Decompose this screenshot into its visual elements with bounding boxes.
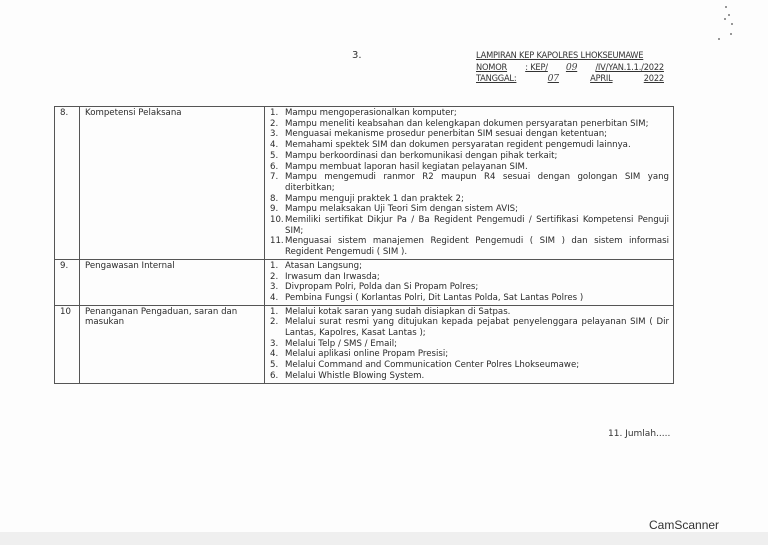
item-text: Melalui kotak saran yang sudah disiapkan… bbox=[285, 307, 669, 318]
item-number: 4. bbox=[270, 349, 285, 360]
item-list: 1.Mampu mengoperasionalkan komputer;2.Ma… bbox=[270, 108, 669, 258]
bottom-strip bbox=[0, 532, 768, 545]
list-item: 7.Mampu mengemudi ranmor R2 maupun R4 se… bbox=[270, 172, 669, 193]
header-tanggal: TANGGAL: 07 APRIL 2022 bbox=[476, 73, 664, 85]
item-number: 9. bbox=[270, 204, 285, 215]
item-number: 11. bbox=[270, 236, 285, 257]
list-item: 1.Mampu mengoperasionalkan komputer; bbox=[270, 108, 669, 119]
item-text: Melalui Whistle Blowing System. bbox=[285, 371, 669, 382]
list-item: 4.Memahami spektek SIM dan dokumen persy… bbox=[270, 140, 669, 151]
tanggal-day-handwritten: 07 bbox=[548, 73, 559, 85]
item-number: 3. bbox=[270, 282, 285, 293]
competency-table: 8.Kompetensi Pelaksana1.Mampu mengoperas… bbox=[54, 106, 674, 384]
item-text: Melalui surat resmi yang ditujukan kepad… bbox=[285, 317, 669, 338]
item-text: Divpropam Polri, Polda dan Si Propam Pol… bbox=[285, 282, 669, 293]
row-label: Pengawasan Internal bbox=[80, 259, 265, 305]
list-item: 8.Mampu menguji praktek 1 dan praktek 2; bbox=[270, 194, 669, 205]
header-title: LAMPIRAN KEP KAPOLRES LHOKSEUMAWE bbox=[476, 50, 664, 62]
header-nomor: NOMOR : KEP/ 09 /IV/YAN.1.1./2022 bbox=[476, 62, 664, 74]
list-item: 3.Menguasai mekanisme prosedur penerbita… bbox=[270, 129, 669, 140]
scan-specks bbox=[715, 3, 745, 43]
item-number: 1. bbox=[270, 261, 285, 272]
item-list: 1.Melalui kotak saran yang sudah disiapk… bbox=[270, 307, 669, 382]
item-number: 2. bbox=[270, 317, 285, 338]
table-row: 9.Pengawasan Internal1.Atasan Langsung;2… bbox=[55, 259, 674, 305]
list-item: 1.Melalui kotak saran yang sudah disiapk… bbox=[270, 307, 669, 318]
list-item: 6.Mampu membuat laporan hasil kegiatan p… bbox=[270, 162, 669, 173]
item-number: 5. bbox=[270, 360, 285, 371]
item-text: Mampu membuat laporan hasil kegiatan pel… bbox=[285, 162, 669, 173]
row-items: 1.Melalui kotak saran yang sudah disiapk… bbox=[265, 305, 674, 383]
list-item: 3.Melalui Telp / SMS / Email; bbox=[270, 339, 669, 350]
row-number: 9. bbox=[55, 259, 80, 305]
list-item: 4.Melalui aplikasi online Propam Presisi… bbox=[270, 349, 669, 360]
item-text: Pembina Fungsi ( Korlantas Polri, Dit La… bbox=[285, 293, 669, 304]
item-text: Mampu melaksakan Uji Teori Sim dengan si… bbox=[285, 204, 669, 215]
item-text: Mampu mengemudi ranmor R2 maupun R4 sesu… bbox=[285, 172, 669, 193]
page-number: 3. bbox=[352, 50, 362, 61]
nomor-label: NOMOR bbox=[476, 62, 507, 74]
item-number: 2. bbox=[270, 119, 285, 130]
row-label: Penanganan Pengaduan, saran dan masukan bbox=[80, 305, 265, 383]
item-text: Menguasai mekanisme prosedur penerbitan … bbox=[285, 129, 669, 140]
item-text: Melalui Command and Communication Center… bbox=[285, 360, 669, 371]
item-list: 1.Atasan Langsung;2.Irwasum dan Irwasda;… bbox=[270, 261, 669, 304]
item-text: Melalui aplikasi online Propam Presisi; bbox=[285, 349, 669, 360]
scanned-page: 3. LAMPIRAN KEP KAPOLRES LHOKSEUMAWE NOM… bbox=[0, 0, 768, 532]
tanggal-month: APRIL bbox=[590, 73, 612, 85]
tanggal-year: 2022 bbox=[644, 73, 664, 85]
list-item: 3.Divpropam Polri, Polda dan Si Propam P… bbox=[270, 282, 669, 293]
list-item: 11.Menguasai sistem manajemen Regident P… bbox=[270, 236, 669, 257]
row-items: 1.Atasan Langsung;2.Irwasum dan Irwasda;… bbox=[265, 259, 674, 305]
document-header: LAMPIRAN KEP KAPOLRES LHOKSEUMAWE NOMOR … bbox=[476, 50, 664, 85]
nomor-handwritten: 09 bbox=[566, 62, 577, 74]
list-item: 1.Atasan Langsung; bbox=[270, 261, 669, 272]
item-number: 10. bbox=[270, 215, 285, 236]
list-item: 2.Mampu meneliti keabsahan dan kelengkap… bbox=[270, 119, 669, 130]
row-label: Kompetensi Pelaksana bbox=[80, 107, 265, 260]
camscanner-watermark: CamScanner bbox=[649, 518, 719, 532]
list-item: 4.Pembina Fungsi ( Korlantas Polri, Dit … bbox=[270, 293, 669, 304]
list-item: 2.Irwasum dan Irwasda; bbox=[270, 272, 669, 283]
nomor-suffix: /IV/YAN.1.1./2022 bbox=[595, 62, 664, 74]
item-text: Mampu menguji praktek 1 dan praktek 2; bbox=[285, 194, 669, 205]
item-number: 1. bbox=[270, 108, 285, 119]
item-text: Memahami spektek SIM dan dokumen persyar… bbox=[285, 140, 669, 151]
row-number: 10 bbox=[55, 305, 80, 383]
row-number: 8. bbox=[55, 107, 80, 260]
table-row: 8.Kompetensi Pelaksana1.Mampu mengoperas… bbox=[55, 107, 674, 260]
list-item: 9.Mampu melaksakan Uji Teori Sim dengan … bbox=[270, 204, 669, 215]
table-row: 10Penanganan Pengaduan, saran dan masuka… bbox=[55, 305, 674, 383]
item-text: Menguasai sistem manajemen Regident Peng… bbox=[285, 236, 669, 257]
list-item: 2.Melalui surat resmi yang ditujukan kep… bbox=[270, 317, 669, 338]
list-item: 5.Melalui Command and Communication Cent… bbox=[270, 360, 669, 371]
item-text: Atasan Langsung; bbox=[285, 261, 669, 272]
item-number: 6. bbox=[270, 371, 285, 382]
item-text: Mampu berkoordinasi dan berkomunikasi de… bbox=[285, 151, 669, 162]
item-text: Irwasum dan Irwasda; bbox=[285, 272, 669, 283]
nomor-prefix: : KEP/ bbox=[525, 62, 548, 74]
item-number: 3. bbox=[270, 129, 285, 140]
item-number: 8. bbox=[270, 194, 285, 205]
next-page-marker: 11. Jumlah..... bbox=[608, 429, 670, 439]
item-number: 1. bbox=[270, 307, 285, 318]
item-text: Mampu meneliti keabsahan dan kelengkapan… bbox=[285, 119, 669, 130]
item-text: Memiliki sertifikat Dikjur Pa / Ba Regid… bbox=[285, 215, 669, 236]
list-item: 6.Melalui Whistle Blowing System. bbox=[270, 371, 669, 382]
item-number: 6. bbox=[270, 162, 285, 173]
item-text: Melalui Telp / SMS / Email; bbox=[285, 339, 669, 350]
item-text: Mampu mengoperasionalkan komputer; bbox=[285, 108, 669, 119]
item-number: 4. bbox=[270, 140, 285, 151]
tanggal-label: TANGGAL: bbox=[476, 73, 516, 85]
item-number: 7. bbox=[270, 172, 285, 193]
item-number: 3. bbox=[270, 339, 285, 350]
row-items: 1.Mampu mengoperasionalkan komputer;2.Ma… bbox=[265, 107, 674, 260]
list-item: 5.Mampu berkoordinasi dan berkomunikasi … bbox=[270, 151, 669, 162]
item-number: 5. bbox=[270, 151, 285, 162]
list-item: 10.Memiliki sertifikat Dikjur Pa / Ba Re… bbox=[270, 215, 669, 236]
item-number: 4. bbox=[270, 293, 285, 304]
item-number: 2. bbox=[270, 272, 285, 283]
